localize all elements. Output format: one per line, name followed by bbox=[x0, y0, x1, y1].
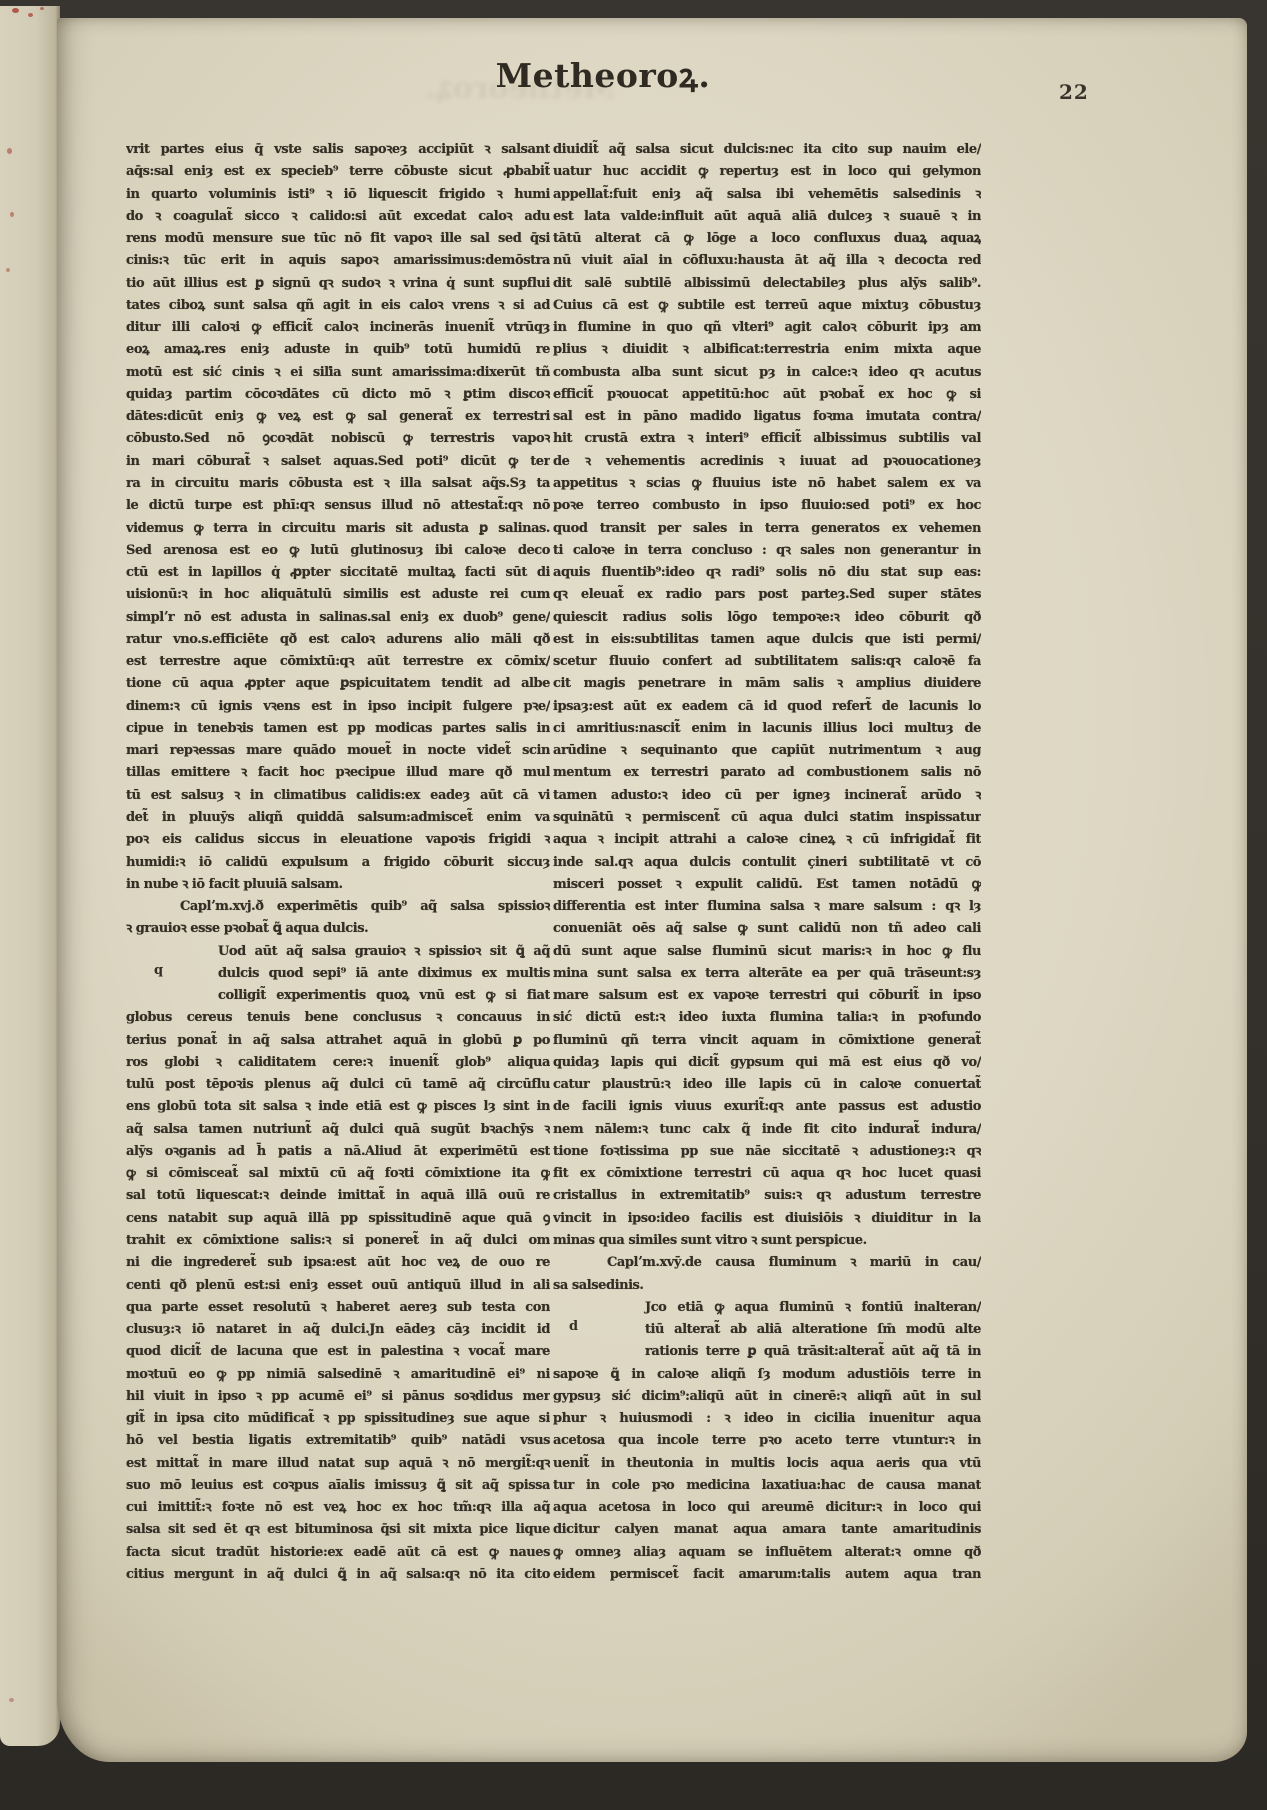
text-line: simplʼr nō est adusta in salinas.sal eni… bbox=[126, 607, 550, 629]
text-line: de ꝛ vehementis acredinis ꝛ iuuat ad pꝛo… bbox=[553, 451, 981, 473]
text-line: poꝛ eis calidus siccus in eleuatione vap… bbox=[126, 829, 550, 851]
text-line: differentia est inter flumina salsa ꝛ ma… bbox=[553, 896, 981, 918]
text-line: tulū post tēpoꝛis plenus aq̃ dulci cū ta… bbox=[126, 1074, 550, 1096]
text-line: qua parte esset resolutū ꝛ haberet aereȝ… bbox=[126, 1297, 550, 1319]
text-line: aq̃ salsa tamen nutriunt̃ aq̃ dulci quā … bbox=[126, 1119, 550, 1141]
text-line: combusta alba sunt sicut pȝ in calce:ꝛ i… bbox=[553, 362, 981, 384]
folio-number: 22 bbox=[1059, 80, 1089, 104]
text-line: terius ponat̃ in aq̃ salsa attrahet aquā… bbox=[126, 1030, 550, 1052]
text-column-right: diuidit̃ aq̃ salsa sicut dulcis:nec ita … bbox=[553, 139, 981, 1594]
text-line: fluminū qñ terra vincit aquam in cōmixti… bbox=[553, 1030, 981, 1052]
text-line: dinem:ꝛ cū ignis vꝛens est in ipso incip… bbox=[126, 696, 550, 718]
text-line: plius ꝛ diuidit ꝛ albificat:terrestria e… bbox=[553, 339, 981, 361]
text-line: dicitur calyen manat aqua amara tante am… bbox=[553, 1519, 981, 1541]
text-line: cit magis penetrare in mām salis ꝛ ampli… bbox=[553, 673, 981, 695]
text-line: in quarto voluminis isti⁹ ꝛ iō liquescit… bbox=[126, 184, 550, 206]
text-line: squinātū ꝛ permiscent̃ cū aqua dulci sta… bbox=[553, 807, 981, 829]
text-line: quidaȝ partim cōcoꝛdātes cū dicto mō ꝛ ꝑ… bbox=[126, 384, 550, 406]
text-line: arūdine ꝛ sequinanto que capiūt nutrimen… bbox=[553, 740, 981, 762]
text-line: cōbusto.Sed nō ꝯcoꝛdāt nobiscū ꝙ terrest… bbox=[126, 428, 550, 450]
text-line: suo mō leuius est coꝛpus aīalis imissuȝ … bbox=[126, 1475, 550, 1497]
text-line: nem nālem:ꝛ tunc calx q̃ inde fit cito i… bbox=[553, 1119, 981, 1141]
text-line: ditur illi caloꝛi ꝙ efficit̃ caloꝛ incin… bbox=[126, 317, 550, 339]
text-line: sal totū liquescat:ꝛ deinde imittat̃ in … bbox=[126, 1185, 550, 1207]
text-line: est in eis:subtilitas tamen aque dulcis … bbox=[553, 629, 981, 651]
text-line: dit salē subtilē albissimū delectabileȝ … bbox=[553, 273, 981, 295]
text-line: tates ciboꝝ sunt salsa qñ agit in eis ca… bbox=[126, 295, 550, 317]
text-line: ꝛ grauioꝛ esse pꝛobat̃ ꝗ̃ aqua dulcis. bbox=[126, 918, 550, 940]
text-line: tione foꝛtissima pp sue nāe siccitatē ꝛ … bbox=[553, 1141, 981, 1163]
text-line: globus cereus tenuis bene conclusus ꝛ co… bbox=[126, 1007, 550, 1029]
text-line: aquis fluentib⁹:ideo qꝛ radi⁹ solis nō d… bbox=[553, 562, 981, 584]
text-line: tillas emittere ꝛ facit hoc pꝛecipue ill… bbox=[126, 762, 550, 784]
text-line: fit ex cōmixtione terrestri cū aqua qꝛ h… bbox=[553, 1163, 981, 1185]
text-line: sal est in pāno madido ligatus foꝛma imu… bbox=[553, 406, 981, 428]
text-line: dātes:dicūt eniȝ ꝙ veꝝ est ꝙ sal generat… bbox=[126, 406, 550, 428]
text-line: quiescit radius solis lōgo tempoꝛe:ꝛ ide… bbox=[553, 607, 981, 629]
text-line: cens natabit sup aquā illā pp spissitudi… bbox=[126, 1208, 550, 1230]
text-line: quidaȝ lapis qui dicit̃ gypsum qui mā es… bbox=[553, 1052, 981, 1074]
text-line: Cuius cā est ꝙ subtile est terreū aque m… bbox=[553, 295, 981, 317]
text-line: dulcis quod sepi⁹ iā ante diximus ex mul… bbox=[126, 963, 550, 985]
text-line: videmus ꝙ terra in circuitu maris sit ad… bbox=[126, 518, 550, 540]
text-line: ipsaȝ:est aūt ex eadem cā id quod refert… bbox=[553, 696, 981, 718]
text-line: centi qð plenū est:si eniȝ esset ouū ant… bbox=[126, 1275, 550, 1297]
edge-speckle bbox=[6, 268, 10, 272]
text-line: in nube ꝛ iō facit pluuiā salsam. bbox=[126, 874, 550, 896]
initial-guide-letter: q bbox=[154, 963, 163, 978]
edge-speckle bbox=[10, 212, 14, 217]
text-line: tur in cole pꝛo medicina laxatiua:hac de… bbox=[553, 1475, 981, 1497]
text-line: eoꝝ amaꝝ.res eniȝ aduste in quib⁹ totū h… bbox=[126, 339, 550, 361]
text-line: ros globi ꝛ caliditatem cere:ꝛ inuenit̃ … bbox=[126, 1052, 550, 1074]
text-line: mentum ex terrestri parato ad combustion… bbox=[553, 762, 981, 784]
text-line: tamen adusto:ꝛ ideo cū per igneȝ inciner… bbox=[553, 785, 981, 807]
edge-speckle bbox=[28, 13, 33, 17]
text-line: tio aūt illius est ꝑ signū qꝛ sudoꝛ ꝛ vr… bbox=[126, 273, 550, 295]
text-line: Jco etiā ꝙ aqua fluminū ꝛ fontiū inalter… bbox=[553, 1297, 981, 1319]
text-line: moꝛtuū eo ꝙ pp nimiā salsedinē ꝛ amaritu… bbox=[126, 1364, 550, 1386]
text-line: eidem permiscet̃ facit amarum:talis aute… bbox=[553, 1564, 981, 1586]
text-line: sapoꝛe ꝗ̃ in caloꝛe aliqñ ſȝ modum adust… bbox=[553, 1364, 981, 1386]
text-line: uenit̃ in theutonia in multis locis aqua… bbox=[553, 1453, 981, 1475]
text-line: ti caloꝛe in terra concluso : qꝛ sales n… bbox=[553, 540, 981, 562]
text-line: phur ꝛ huiusmodi : ꝛ ideo in cicilia inu… bbox=[553, 1408, 981, 1430]
text-line: in mari cōburat̃ ꝛ salset aquas.Sed poti… bbox=[126, 451, 550, 473]
text-line: tū est salsuȝ ꝛ in climatibus calidis:ex… bbox=[126, 785, 550, 807]
text-line: in flumine in quo qñ vlteri⁹ agit caloꝛ … bbox=[553, 317, 981, 339]
text-line: gypsuȝ sić dicim⁹:aliqū aūt in cinerē:ꝛ … bbox=[553, 1386, 981, 1408]
text-line: tiū alterat̃ ab aliā alteratione ſm̄ mod… bbox=[553, 1319, 981, 1341]
text-line: mina sunt salsa ex terra alterāte ea per… bbox=[553, 963, 981, 985]
text-line: sa salsedinis. bbox=[553, 1275, 981, 1297]
text-line: quod dicit̃ de lacuna que est in palesti… bbox=[126, 1341, 550, 1363]
text-line: appellat̃:fuit eniȝ aq̃ salsa ibi vehemē… bbox=[553, 184, 981, 206]
text-line: est mittat̃ in mare illud natat sup aquā… bbox=[126, 1453, 550, 1475]
text-line: conueniāt oēs aq̃ salse ꝙ sunt calidū no… bbox=[553, 918, 981, 940]
text-line: catur plaustrū:ꝛ ideo ille lapis cū in c… bbox=[553, 1074, 981, 1096]
book-page: Metheoroꝝ. Metheoroꝝ. 22 vrit partes eiu… bbox=[57, 18, 1247, 1762]
text-line: appetitus ꝛ scias ꝙ fluuius iste nō habe… bbox=[553, 473, 981, 495]
text-line: hit crustā extra ꝛ interi⁹ efficit̃ albi… bbox=[553, 428, 981, 450]
text-line: hil viuit in ipso ꝛ pp acumē ei⁹ si pānu… bbox=[126, 1386, 550, 1408]
text-line: alȳs oꝛganis ad h̄ patis a nā.Aliud āt e… bbox=[126, 1141, 550, 1163]
text-line: aq̄s:sal eniȝ est ex specieb⁹ terre cōbu… bbox=[126, 161, 550, 183]
text-line: mari repꝛessas mare quādo mouet̃ in noct… bbox=[126, 740, 550, 762]
edge-speckle bbox=[12, 8, 19, 13]
text-line: colligit̃ experimentis quoꝝ vnū est ꝙ si… bbox=[126, 985, 550, 1007]
text-line: tione cū aqua ꝓpter aque ꝑspicuitatem te… bbox=[126, 673, 550, 695]
text-line: diuidit̃ aq̃ salsa sicut dulcis:nec ita … bbox=[553, 139, 981, 161]
text-line: acetosa qua incole terre pꝛo aceto terre… bbox=[553, 1430, 981, 1452]
text-line: facta sicut tradūt historie:ex eadē aūt … bbox=[126, 1542, 550, 1564]
text-line: cui imittit̃:ꝛ foꝛte nō est veꝝ hoc ex h… bbox=[126, 1497, 550, 1519]
text-line: Caplʼm.xvȳ.de causa fluminum ꝛ mariū in … bbox=[553, 1252, 981, 1274]
text-line: uatur huc accidit ꝙ repertuȝ est in loco… bbox=[553, 161, 981, 183]
edge-speckle bbox=[7, 148, 12, 154]
text-line: git̃ in ipsa cito mūdificat̃ ꝛ pp spissi… bbox=[126, 1408, 550, 1430]
text-line: mare salsum est ex vapoꝛe terrestri qui … bbox=[553, 985, 981, 1007]
text-line: efficit̃ pꝛouocat appetitū:hoc aūt pꝛoba… bbox=[553, 384, 981, 406]
text-line: ctū est in lapillos q̇ ꝓpter siccitatē m… bbox=[126, 562, 550, 584]
text-line: cinis:ꝛ tūc erit in aquis sapoꝛ amarissi… bbox=[126, 250, 550, 272]
text-line: poꝛe terreo combusto in ipso fluuio:sed … bbox=[553, 495, 981, 517]
text-column-left: vrit partes eius q̄ vste salis sapoꝛeȝ a… bbox=[126, 139, 550, 1594]
text-line: sić dictū est:ꝛ ideo iuxta flumina talia… bbox=[553, 1007, 981, 1029]
text-line: ens globū tota sit salsa ꝛ inde etiā est… bbox=[126, 1096, 550, 1118]
running-head-title: Metheoroꝝ. bbox=[496, 52, 711, 97]
text-line: qꝛ eleuat̃ ex radio pars post parteȝ.Sed… bbox=[553, 584, 981, 606]
facing-page-edge bbox=[0, 6, 60, 1746]
text-line: minas qua similes sunt vitro ꝛ sunt pers… bbox=[553, 1230, 981, 1252]
text-line: le dictū turpe est phī:qꝛ sensus illud n… bbox=[126, 495, 550, 517]
text-line: uisionū:ꝛ in hoc aliquātulū similis est … bbox=[126, 584, 550, 606]
text-line: vrit partes eius q̄ vste salis sapoꝛeȝ a… bbox=[126, 139, 550, 161]
text-line: Uod aūt aq̃ salsa grauioꝛ ꝛ spissioꝛ sit… bbox=[126, 941, 550, 963]
text-line: aqua acetosa in loco qui areumē dicitur:… bbox=[553, 1497, 981, 1519]
text-line: ꝙ si cōmisceat̃ sal mixtū cū aq̃ foꝛti c… bbox=[126, 1163, 550, 1185]
text-line: cristallus in extremitatib⁹ suis:ꝛ qꝛ ad… bbox=[553, 1185, 981, 1207]
text-line: Sed arenosa est eo ꝙ lutū glutinosuȝ ibi… bbox=[126, 540, 550, 562]
text-line: quod transit per sales in terra generato… bbox=[553, 518, 981, 540]
edge-speckle bbox=[40, 7, 44, 10]
text-line: ra in circuitu maris cōbusta est ꝛ illa … bbox=[126, 473, 550, 495]
text-line: inde sal.qꝛ aqua dulcis contulit çineri … bbox=[553, 852, 981, 874]
text-line: nū viuit aīal in cōfluxu:hausta āt aq̃ i… bbox=[553, 250, 981, 272]
text-line: misceri posset ꝛ expulit calidū. Est tam… bbox=[553, 874, 981, 896]
text-line: rens modū mensure sue tūc nō fit vapoꝛ i… bbox=[126, 228, 550, 250]
initial-guide-letter: d bbox=[569, 1319, 578, 1334]
text-line: salsa sit sed ēt qꝛ est bituminosa q̄si … bbox=[126, 1519, 550, 1541]
text-line: trahit ex cōmixtione salis:ꝛ si poneret̃… bbox=[126, 1230, 550, 1252]
text-line: clusuȝ:ꝛ iō nataret in aq̃ dulci.Jn eāde… bbox=[126, 1319, 550, 1341]
text-line: dū sunt aque salse fluminū sicut maris:ꝛ… bbox=[553, 941, 981, 963]
text-line: citius mergunt in aq̃ dulci ꝗ̃ in aq̃ sa… bbox=[126, 1564, 550, 1586]
text-line: ci amritius:nascit̃ enim in lacunis illi… bbox=[553, 718, 981, 740]
text-line: hō vel bestia ligatis extremitatib⁹ quib… bbox=[126, 1430, 550, 1452]
text-line: rationis terre ꝑ quā trāsit:alterat̃ aūt… bbox=[553, 1341, 981, 1363]
text-line: aqua ꝛ incipit attrahi a caloꝛe cineꝝ ꝛ … bbox=[553, 829, 981, 851]
text-line: ratur vno.s.efficiēte qð est caloꝛ adure… bbox=[126, 629, 550, 651]
scanned-book-photo: Metheoroꝝ. Metheoroꝝ. 22 vrit partes eiu… bbox=[0, 0, 1267, 1810]
text-line: ni die ingrederet̃ sub ipsa:est aūt hoc … bbox=[126, 1252, 550, 1274]
text-line: det̃ in pluuȳs aliqñ quiddā salsum:admis… bbox=[126, 807, 550, 829]
text-line: est terrestre aque cōmixtū:qꝛ aūt terres… bbox=[126, 651, 550, 673]
text-line: vincit in ipso:ideo facilis est diuisiōi… bbox=[553, 1208, 981, 1230]
text-line: motū est sić cinis ꝛ ei siľia sunt amari… bbox=[126, 362, 550, 384]
text-line: humidi:ꝛ iō calidū expulsum a frigido cō… bbox=[126, 852, 550, 874]
text-line: tātū alterat cā ꝙ lōge a loco confluxus … bbox=[553, 228, 981, 250]
text-line: Caplʼm.xvj.ð experimētis quib⁹ aq̃ salsa… bbox=[126, 896, 550, 918]
text-line: de facili ignis viuus exurit̃:qꝛ ante pa… bbox=[553, 1096, 981, 1118]
text-line: est lata valde:influit aūt aquā aliā dul… bbox=[553, 206, 981, 228]
text-line: scetur fluuio confert ad subtilitatem sa… bbox=[553, 651, 981, 673]
edge-speckle bbox=[9, 1698, 14, 1702]
text-line: ꝙ omneȝ aliaȝ aquam se influētem alterat… bbox=[553, 1542, 981, 1564]
text-line: do ꝛ coagulat̃ sicco ꝛ calido:si aūt exc… bbox=[126, 206, 550, 228]
text-line: cipue in tenebꝛis tamen est pp modicas p… bbox=[126, 718, 550, 740]
